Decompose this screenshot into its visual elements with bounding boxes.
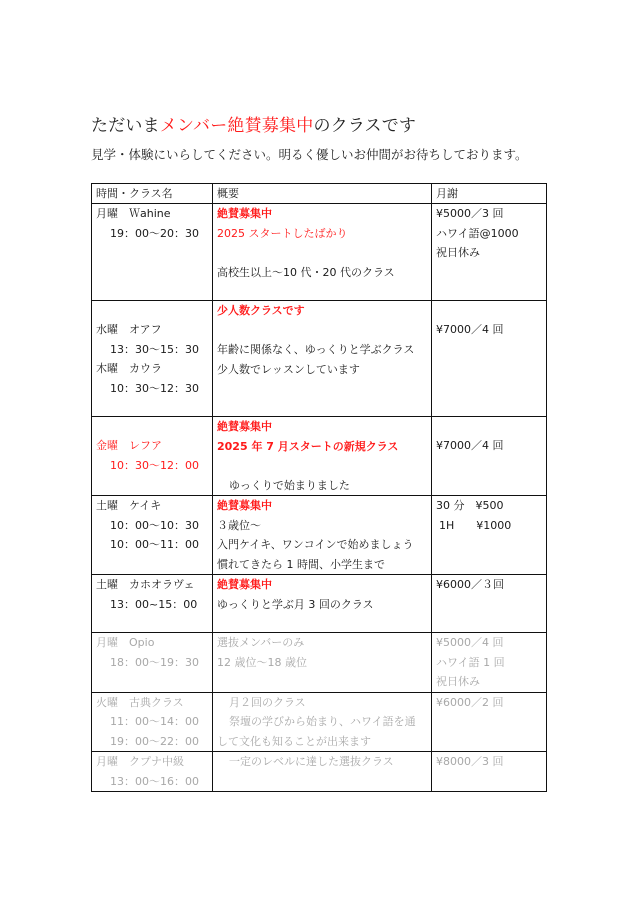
header-fee: 月謝 xyxy=(432,184,547,204)
summary-line: して文化も知ることが出来ます xyxy=(217,732,427,752)
title-suffix: のクラスです xyxy=(313,116,416,136)
class-cell: 月曜 Opio 18：00～19：30 xyxy=(92,633,213,693)
summary-line: 12 歳位～18 歳位 xyxy=(217,653,427,673)
fee-line: 1H ¥1000 xyxy=(436,516,542,536)
summary-line: 祭壇の学びから始まり、ハワイ語を通 xyxy=(217,712,427,732)
class-cell: 金曜 レフア 10：30～12：00 xyxy=(92,417,213,496)
fee-cell: ¥6000／2 回 xyxy=(432,692,547,752)
class-name: 火曜 古典クラス xyxy=(96,693,208,713)
class-cell: 月曜 クプナ中級 13：00～16：00 xyxy=(92,752,213,792)
fee-line: ¥5000／3 回 xyxy=(436,204,542,224)
class-name: 木曜 カウラ xyxy=(96,359,208,379)
fee-cell: ¥5000／4 回 ハワイ語 1 回 祝日休み xyxy=(432,633,547,693)
fee-cell: 30 分 ¥500 1H ¥1000 xyxy=(432,496,547,575)
table-row: 土曜 ケイキ 10：00～10：30 10：00～11：00 絶賛募集中 ３歳位… xyxy=(92,496,547,575)
class-time: 13：00～16：00 xyxy=(96,772,208,792)
class-cell: 水曜 オアフ 13：30～15：30 木曜 カウラ 10：30～12：30 xyxy=(92,301,213,417)
class-time: 10：00～11：00 xyxy=(96,535,208,555)
title-prefix: ただいま xyxy=(91,116,160,136)
small-class-badge: 少人数クラスです xyxy=(217,301,427,321)
summary-line: 少人数でレッスンしています xyxy=(217,360,427,380)
summary-cell: 絶賛募集中 2025 スタートしたばかり 高校生以上～10 代・20 代のクラス xyxy=(213,204,432,301)
fee-line: ハワイ語@1000 xyxy=(436,224,542,244)
fee-line: ¥6000／2 回 xyxy=(436,693,542,713)
table-row: 金曜 レフア 10：30～12：00 絶賛募集中 2025 年 7 月スタートの… xyxy=(92,417,547,496)
class-time: 18：00～19：30 xyxy=(96,653,208,673)
class-time: 13：30～15：30 xyxy=(96,340,208,360)
summary-line: 選抜メンバーのみ xyxy=(217,633,427,653)
class-time: 13：00~15：00 xyxy=(96,595,208,615)
summary-cell: 少人数クラスです 年齢に関係なく、ゆっくりと学ぶクラス 少人数でレッスンしていま… xyxy=(213,301,432,417)
summary-line: ３歳位～ xyxy=(217,516,427,536)
fee-line: ¥6000／３回 xyxy=(436,575,542,595)
title-highlight: メンバー絶賛募集中 xyxy=(160,116,314,136)
class-name: 月曜 クプナ中級 xyxy=(96,752,208,772)
fee-line: ¥8000／3 回 xyxy=(436,752,542,772)
fee-line: ¥5000／4 回 xyxy=(436,633,542,653)
table-row: 月曜 クプナ中級 13：00～16：00 一定のレベルに達した選抜クラス ¥80… xyxy=(92,752,547,792)
class-cell: 土曜 ケイキ 10：00～10：30 10：00～11：00 xyxy=(92,496,213,575)
class-cell: 土曜 カホオラヴェ 13：00~15：00 xyxy=(92,575,213,633)
summary-line: ゆっくりで始まりました xyxy=(217,476,427,496)
fee-line: 30 分 ¥500 xyxy=(436,496,542,516)
class-time: 10：00～10：30 xyxy=(96,516,208,536)
summary-line: 入門ケイキ、ワンコインで始めましょう xyxy=(217,535,427,555)
class-name: 金曜 レフア xyxy=(96,436,208,456)
class-name: 月曜 Opio xyxy=(96,633,208,653)
fee-line: ハワイ語 1 回 xyxy=(436,653,542,673)
table-row: 水曜 オアフ 13：30～15：30 木曜 カウラ 10：30～12：30 少人… xyxy=(92,301,547,417)
table-row: 火曜 古典クラス 11：00～14：00 19：00～22：00 月２回のクラス… xyxy=(92,692,547,752)
summary-cell: 選抜メンバーのみ 12 歳位～18 歳位 xyxy=(213,633,432,693)
class-name: 土曜 カホオラヴェ xyxy=(96,575,208,595)
summary-cell: 絶賛募集中 2025 年 7 月スタートの新規クラス ゆっくりで始まりました xyxy=(213,417,432,496)
class-time: 11：00～14：00 xyxy=(96,712,208,732)
class-name: 月曜 Ｗahine xyxy=(96,204,208,224)
recruiting-badge: 絶賛募集中 xyxy=(217,204,427,224)
summary-line: 年齢に関係なく、ゆっくりと学ぶクラス xyxy=(217,340,427,360)
summary-line: 慣れてきたら 1 時間、小学生まで xyxy=(217,555,427,575)
fee-cell: ¥7000／4 回 xyxy=(432,301,547,417)
table-row: 月曜 Ｗahine 19：00～20：30 絶賛募集中 2025 スタートしたば… xyxy=(92,204,547,301)
table-row: 土曜 カホオラヴェ 13：00~15：00 絶賛募集中 ゆっくりと学ぶ月 3 回… xyxy=(92,575,547,633)
table-row: 月曜 Opio 18：00～19：30 選抜メンバーのみ 12 歳位～18 歳位… xyxy=(92,633,547,693)
fee-line: 祝日休み xyxy=(436,243,542,263)
summary-cell: 月２回のクラス 祭壇の学びから始まり、ハワイ語を通 して文化も知ることが出来ます xyxy=(213,692,432,752)
table-header-row: 時間・クラス名 概要 月謝 xyxy=(92,184,547,204)
class-cell: 火曜 古典クラス 11：00～14：00 19：00～22：00 xyxy=(92,692,213,752)
summary-line: 一定のレベルに達した選抜クラス xyxy=(217,752,427,772)
summary-line: 高校生以上～10 代・20 代のクラス xyxy=(217,263,427,283)
class-cell: 月曜 Ｗahine 19：00～20：30 xyxy=(92,204,213,301)
class-time: 19：00～22：00 xyxy=(96,732,208,752)
fee-cell: ¥8000／3 回 xyxy=(432,752,547,792)
class-schedule-table: 時間・クラス名 概要 月謝 月曜 Ｗahine 19：00～20：30 絶賛募集… xyxy=(91,183,547,792)
summary-cell: 絶賛募集中 ３歳位～ 入門ケイキ、ワンコインで始めましょう 慣れてきたら 1 時… xyxy=(213,496,432,575)
fee-cell: ¥7000／4 回 xyxy=(432,417,547,496)
summary-line: 2025 スタートしたばかり xyxy=(217,224,427,244)
class-name: 水曜 オアフ xyxy=(96,320,208,340)
recruiting-badge: 絶賛募集中 xyxy=(217,575,427,595)
fee-line: ¥7000／4 回 xyxy=(436,436,542,456)
header-summary: 概要 xyxy=(213,184,432,204)
summary-cell: 絶賛募集中 ゆっくりと学ぶ月 3 回のクラス xyxy=(213,575,432,633)
recruiting-badge: 絶賛募集中 xyxy=(217,496,427,516)
fee-line: 祝日休み xyxy=(436,672,542,692)
recruiting-badge: 絶賛募集中 xyxy=(217,417,427,437)
fee-cell: ¥6000／３回 xyxy=(432,575,547,633)
summary-line: 月２回のクラス xyxy=(217,693,427,713)
class-name: 土曜 ケイキ xyxy=(96,496,208,516)
header-class-time: 時間・クラス名 xyxy=(92,184,213,204)
page-subtitle: 見学・体験にいらしてください。明るく優しいお仲間がお待ちしております。 xyxy=(91,146,528,164)
new-class-notice: 2025 年 7 月スタートの新規クラス xyxy=(217,437,427,457)
class-time: 10：30～12：30 xyxy=(96,379,208,399)
summary-cell: 一定のレベルに達した選抜クラス xyxy=(213,752,432,792)
fee-line: ¥7000／4 回 xyxy=(436,320,542,340)
fee-cell: ¥5000／3 回 ハワイ語@1000 祝日休み xyxy=(432,204,547,301)
page-title: ただいまメンバー絶賛募集中のクラスです xyxy=(91,115,416,137)
summary-line: ゆっくりと学ぶ月 3 回のクラス xyxy=(217,595,427,615)
class-time: 19：00～20：30 xyxy=(96,224,208,244)
class-time: 10：30～12：00 xyxy=(96,456,208,476)
